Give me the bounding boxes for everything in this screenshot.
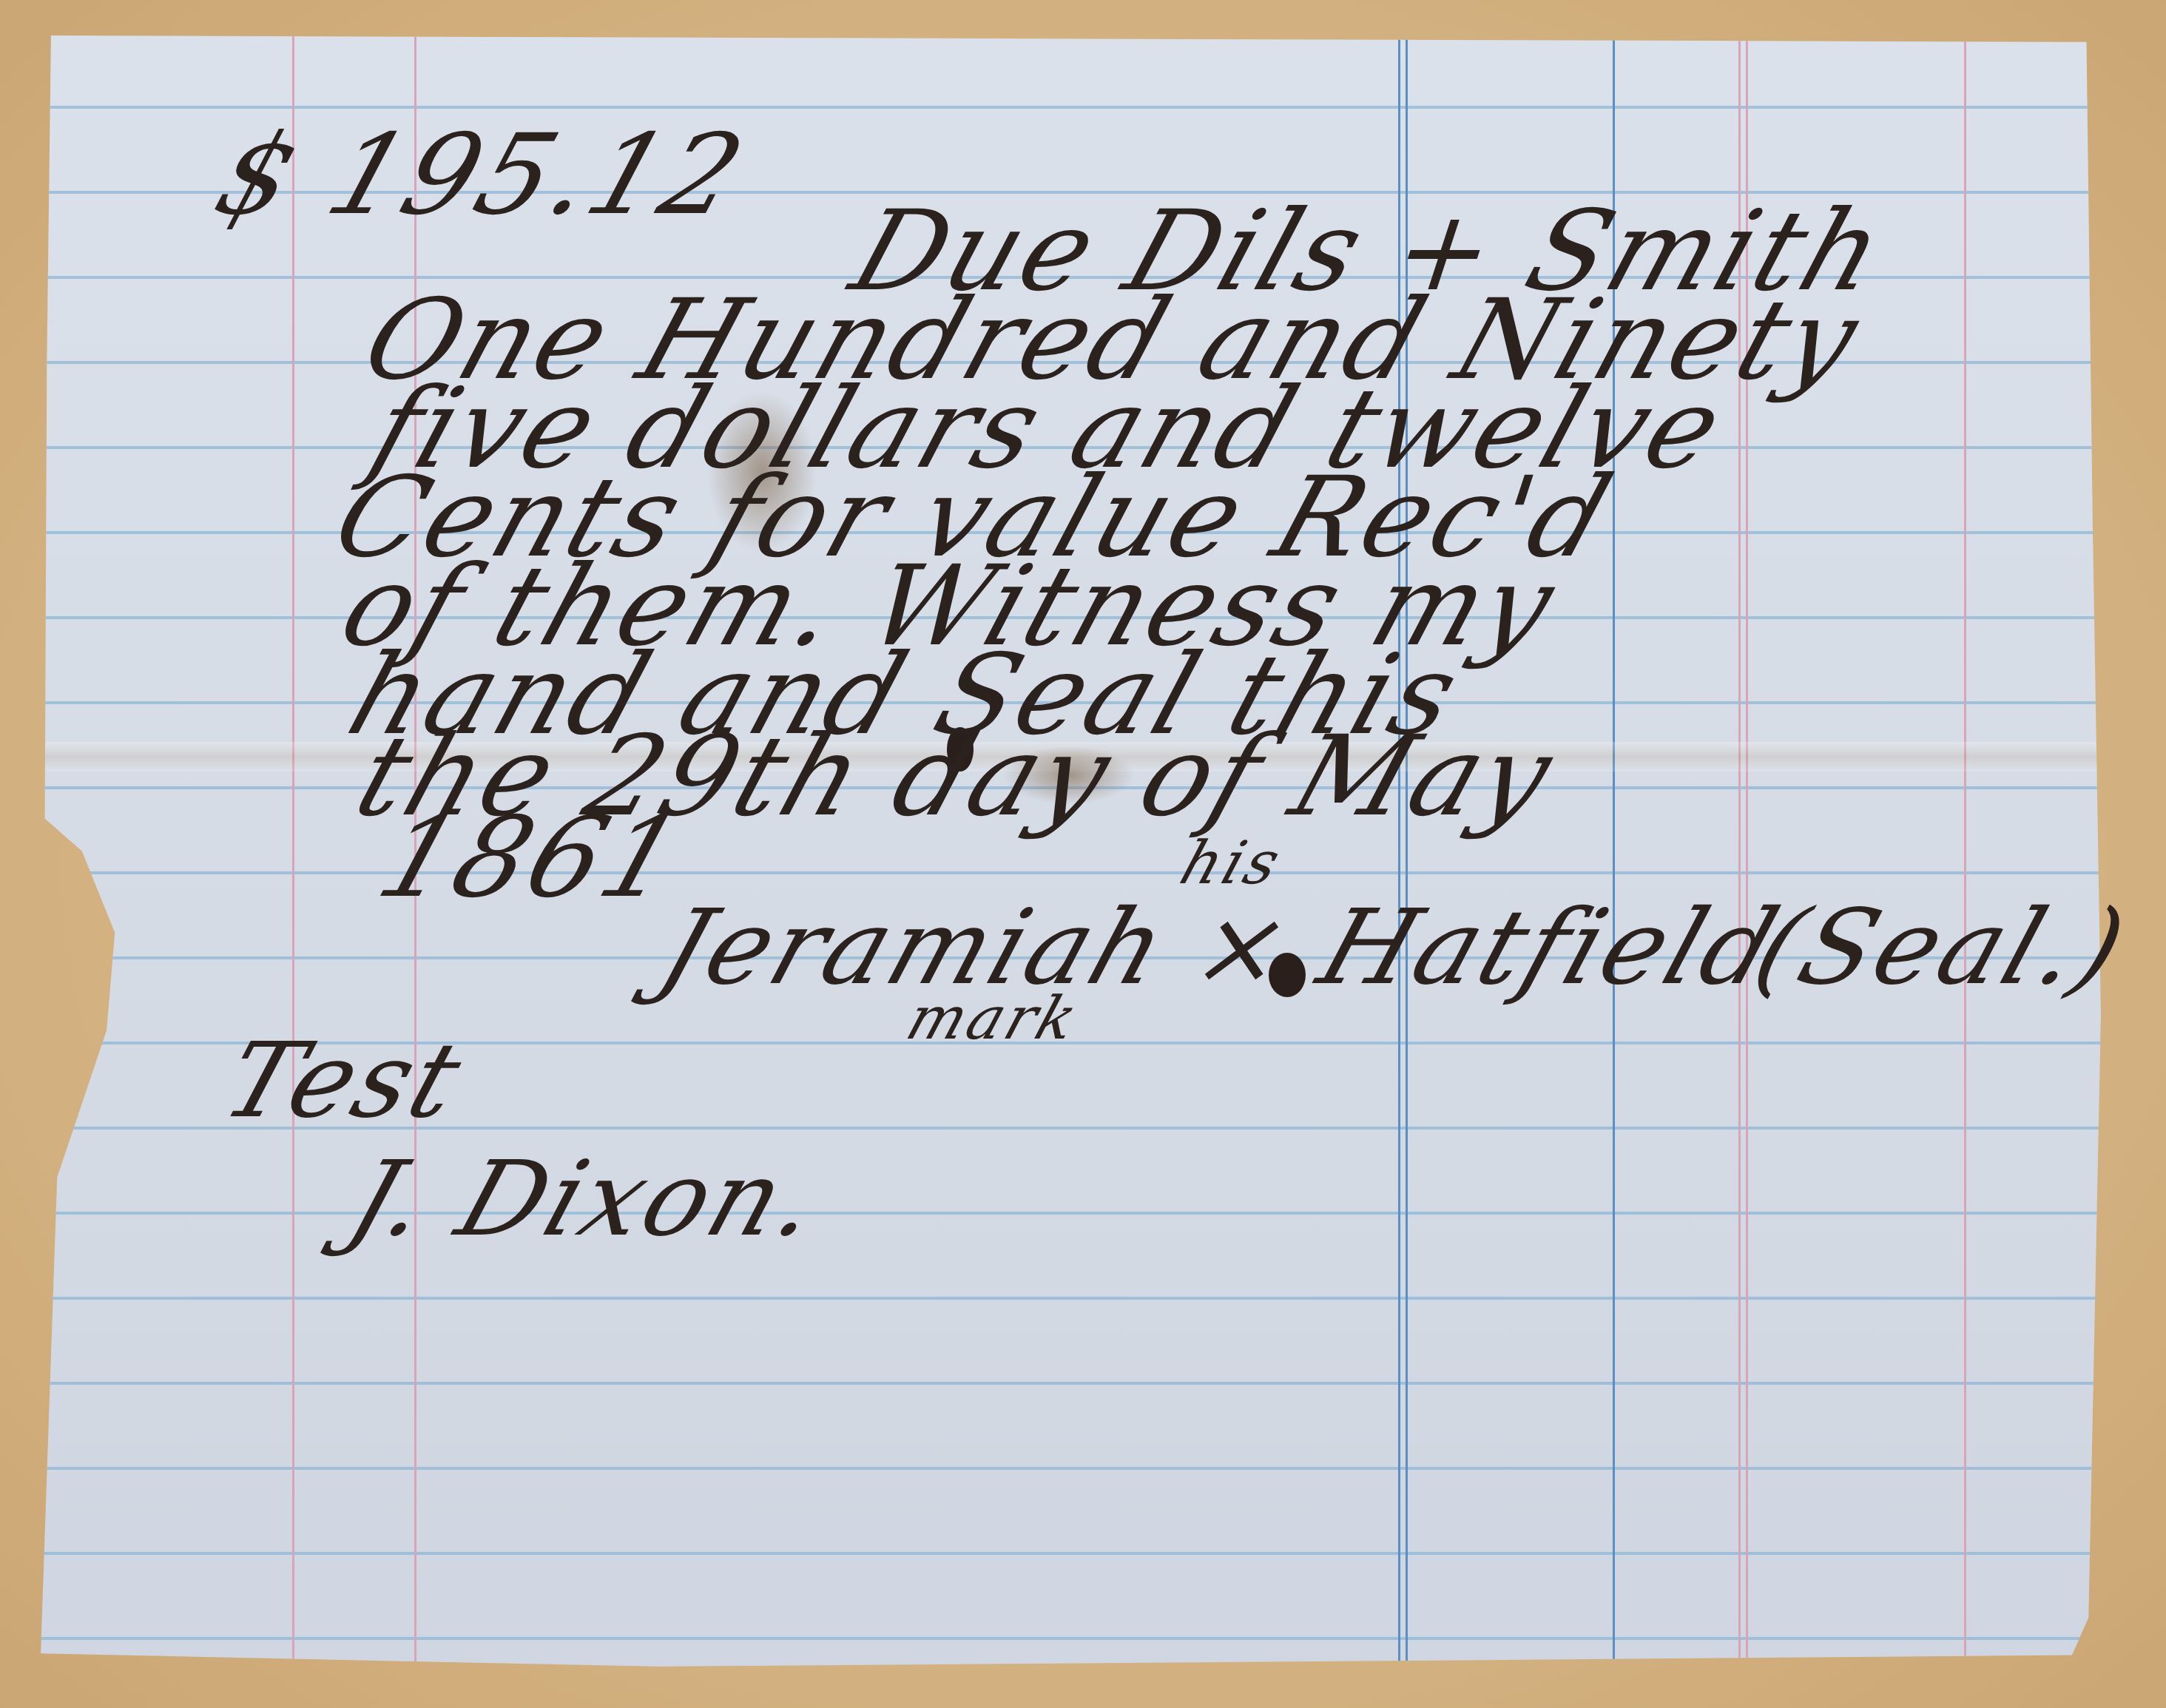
ruled-line bbox=[41, 1552, 2101, 1555]
witness-name: J. Dixon. bbox=[336, 1139, 837, 1260]
signature-seal: (Seal.) bbox=[1741, 888, 2142, 1008]
margin-line-red bbox=[1964, 36, 1966, 1667]
signature-mark: mark bbox=[899, 984, 1088, 1053]
margin-line-red bbox=[292, 36, 294, 1667]
signature-name: Jeramiah × Hatfield bbox=[647, 888, 1794, 1008]
amount-text: $ 195.12 bbox=[201, 111, 761, 240]
ruled-line bbox=[41, 1297, 2101, 1300]
ruled-line bbox=[41, 871, 2101, 874]
ruled-line bbox=[41, 1382, 2101, 1385]
ruled-line bbox=[41, 1467, 2101, 1470]
ruled-line bbox=[41, 1637, 2101, 1640]
ruled-line bbox=[41, 106, 2101, 109]
note-line-8: 1861 bbox=[367, 803, 697, 914]
witness-label: Test bbox=[210, 1021, 478, 1141]
